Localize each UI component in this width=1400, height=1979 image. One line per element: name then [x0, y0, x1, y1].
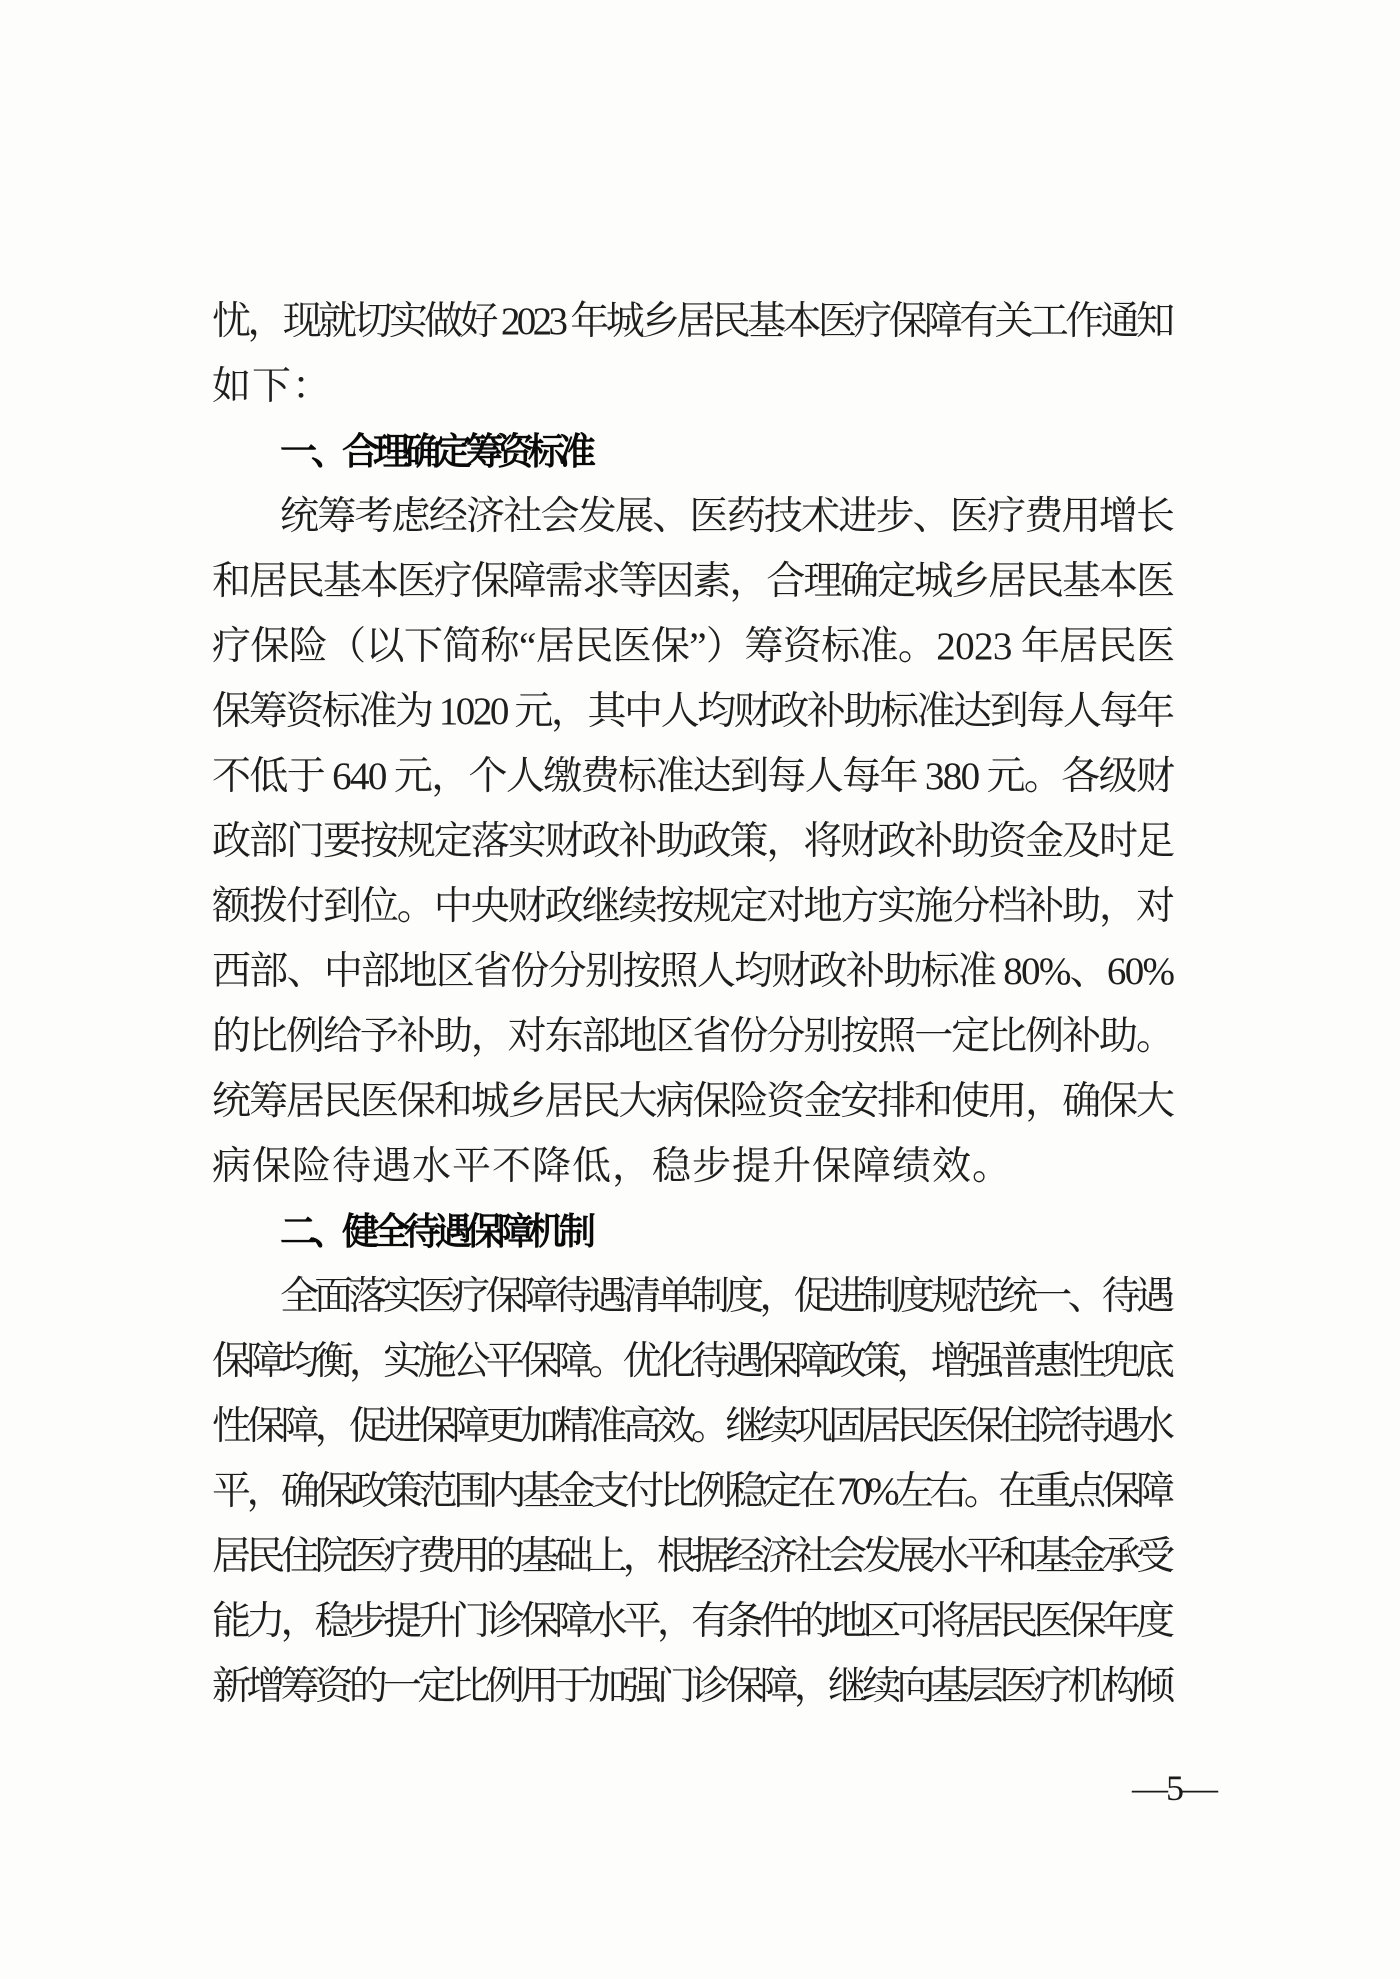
line-text: 忧，现就切实做好 2023 年城乡居民基本医疗保障有关工作通知 [212, 289, 1171, 354]
line-text: 能力，稳步提升门诊保障水平，有条件的地区可将居民医保年度 [212, 1589, 1170, 1654]
line-text: 居民住院医疗费用的基础上，根据经济社会发展水平和基金承受 [212, 1524, 1170, 1589]
line-text: 保障均衡，实施公平保障。优化待遇保障政策，增强普惠性兜底 [212, 1329, 1170, 1394]
text-line: 不低于 640 元，个人缴费标准达到每人每年 380 元。各级财 [212, 744, 1175, 809]
text-line: 如下： [212, 354, 1175, 419]
line-text: 全面落实医疗保障待遇清单制度，促进制度规范统一、待遇 [280, 1264, 1170, 1329]
text-line: 平，确保政策范围内基金支付比例稳定在 70%左右。在重点保障 [212, 1459, 1175, 1524]
text-line: 政部门要按规定落实财政补助政策，将财政补助资金及时足 [212, 809, 1175, 874]
text-line: 保筹资标准为 1020 元，其中人均财政补助标准达到每人每年 [212, 679, 1175, 744]
text-line: 居民住院医疗费用的基础上，根据经济社会发展水平和基金承受 [212, 1524, 1175, 1589]
text-line: 西部、中部地区省份分别按照人均财政补助标准 80%、60% [212, 939, 1175, 1004]
text-line: 统筹考虑经济社会发展、医药技术进步、医疗费用增长 [212, 484, 1175, 549]
text-line: 统筹居民医保和城乡居民大病保险资金安排和使用，确保大 [212, 1069, 1175, 1134]
text-line: 和居民基本医疗保障需求等因素，合理确定城乡居民基本医 [212, 549, 1175, 614]
line-text: 西部、中部地区省份分别按照人均财政补助标准 80%、60% [212, 939, 1173, 1004]
text-line: 的比例给予补助，对东部地区省份分别按照一定比例补助。 [212, 1004, 1175, 1069]
line-text: 一、合理确定筹资标准 [280, 419, 590, 484]
document-body: 忧，现就切实做好 2023 年城乡居民基本医疗保障有关工作通知 如下： 一、合理… [212, 289, 1175, 1719]
text-line: 新增筹资的一定比例用于加强门诊保障，继续向基层医疗机构倾 [212, 1654, 1175, 1719]
line-text: 二、健全待遇保障机制 [280, 1199, 590, 1264]
text-line: 额拨付到位。中央财政继续按规定对地方实施分档补助，对 [212, 874, 1175, 939]
line-text: 统筹考虑经济社会发展、医药技术进步、医疗费用增长 [280, 484, 1173, 549]
line-text: 不低于 640 元，个人缴费标准达到每人每年 380 元。各级财 [212, 744, 1173, 809]
line-text: 疗保险（以下简称“居民医保”）筹资标准。2023 年居民医 [212, 614, 1174, 679]
line-text: 额拨付到位。中央财政继续按规定对地方实施分档补助，对 [212, 874, 1173, 939]
text-line: 病保险待遇水平不降低，稳步提升保障绩效。 [212, 1134, 1175, 1199]
section-heading: 二、健全待遇保障机制 [212, 1199, 1175, 1264]
line-text: 政部门要按规定落实财政补助政策，将财政补助资金及时足 [212, 809, 1173, 874]
text-line: 忧，现就切实做好 2023 年城乡居民基本医疗保障有关工作通知 [212, 289, 1175, 354]
text-line: 能力，稳步提升门诊保障水平，有条件的地区可将居民医保年度 [212, 1589, 1175, 1654]
line-text: 病保险待遇水平不降低，稳步提升保障绩效。 [212, 1134, 1012, 1199]
line-text: 如下： [212, 354, 332, 419]
text-line: 全面落实医疗保障待遇清单制度，促进制度规范统一、待遇 [212, 1264, 1175, 1329]
section-heading: 一、合理确定筹资标准 [212, 419, 1175, 484]
text-line: 保障均衡，实施公平保障。优化待遇保障政策，增强普惠性兜底 [212, 1329, 1175, 1394]
line-text: 的比例给予补助，对东部地区省份分别按照一定比例补助。 [212, 1004, 1173, 1069]
line-text: 统筹居民医保和城乡居民大病保险资金安排和使用，确保大 [212, 1069, 1173, 1134]
line-text: 平，确保政策范围内基金支付比例稳定在 70%左右。在重点保障 [212, 1459, 1170, 1524]
line-text: 新增筹资的一定比例用于加强门诊保障，继续向基层医疗机构倾 [212, 1654, 1170, 1719]
text-line: 性保障，促进保障更加精准高效。继续巩固居民医保住院待遇水 [212, 1394, 1175, 1459]
page-number: —5— [1124, 1765, 1224, 1811]
document-page: 忧，现就切实做好 2023 年城乡居民基本医疗保障有关工作通知 如下： 一、合理… [0, 0, 1400, 1979]
line-text: 保筹资标准为 1020 元，其中人均财政补助标准达到每人每年 [212, 679, 1173, 744]
text-line: 疗保险（以下简称“居民医保”）筹资标准。2023 年居民医 [212, 614, 1175, 679]
line-text: 和居民基本医疗保障需求等因素，合理确定城乡居民基本医 [212, 549, 1173, 614]
line-text: 性保障，促进保障更加精准高效。继续巩固居民医保住院待遇水 [212, 1394, 1170, 1459]
